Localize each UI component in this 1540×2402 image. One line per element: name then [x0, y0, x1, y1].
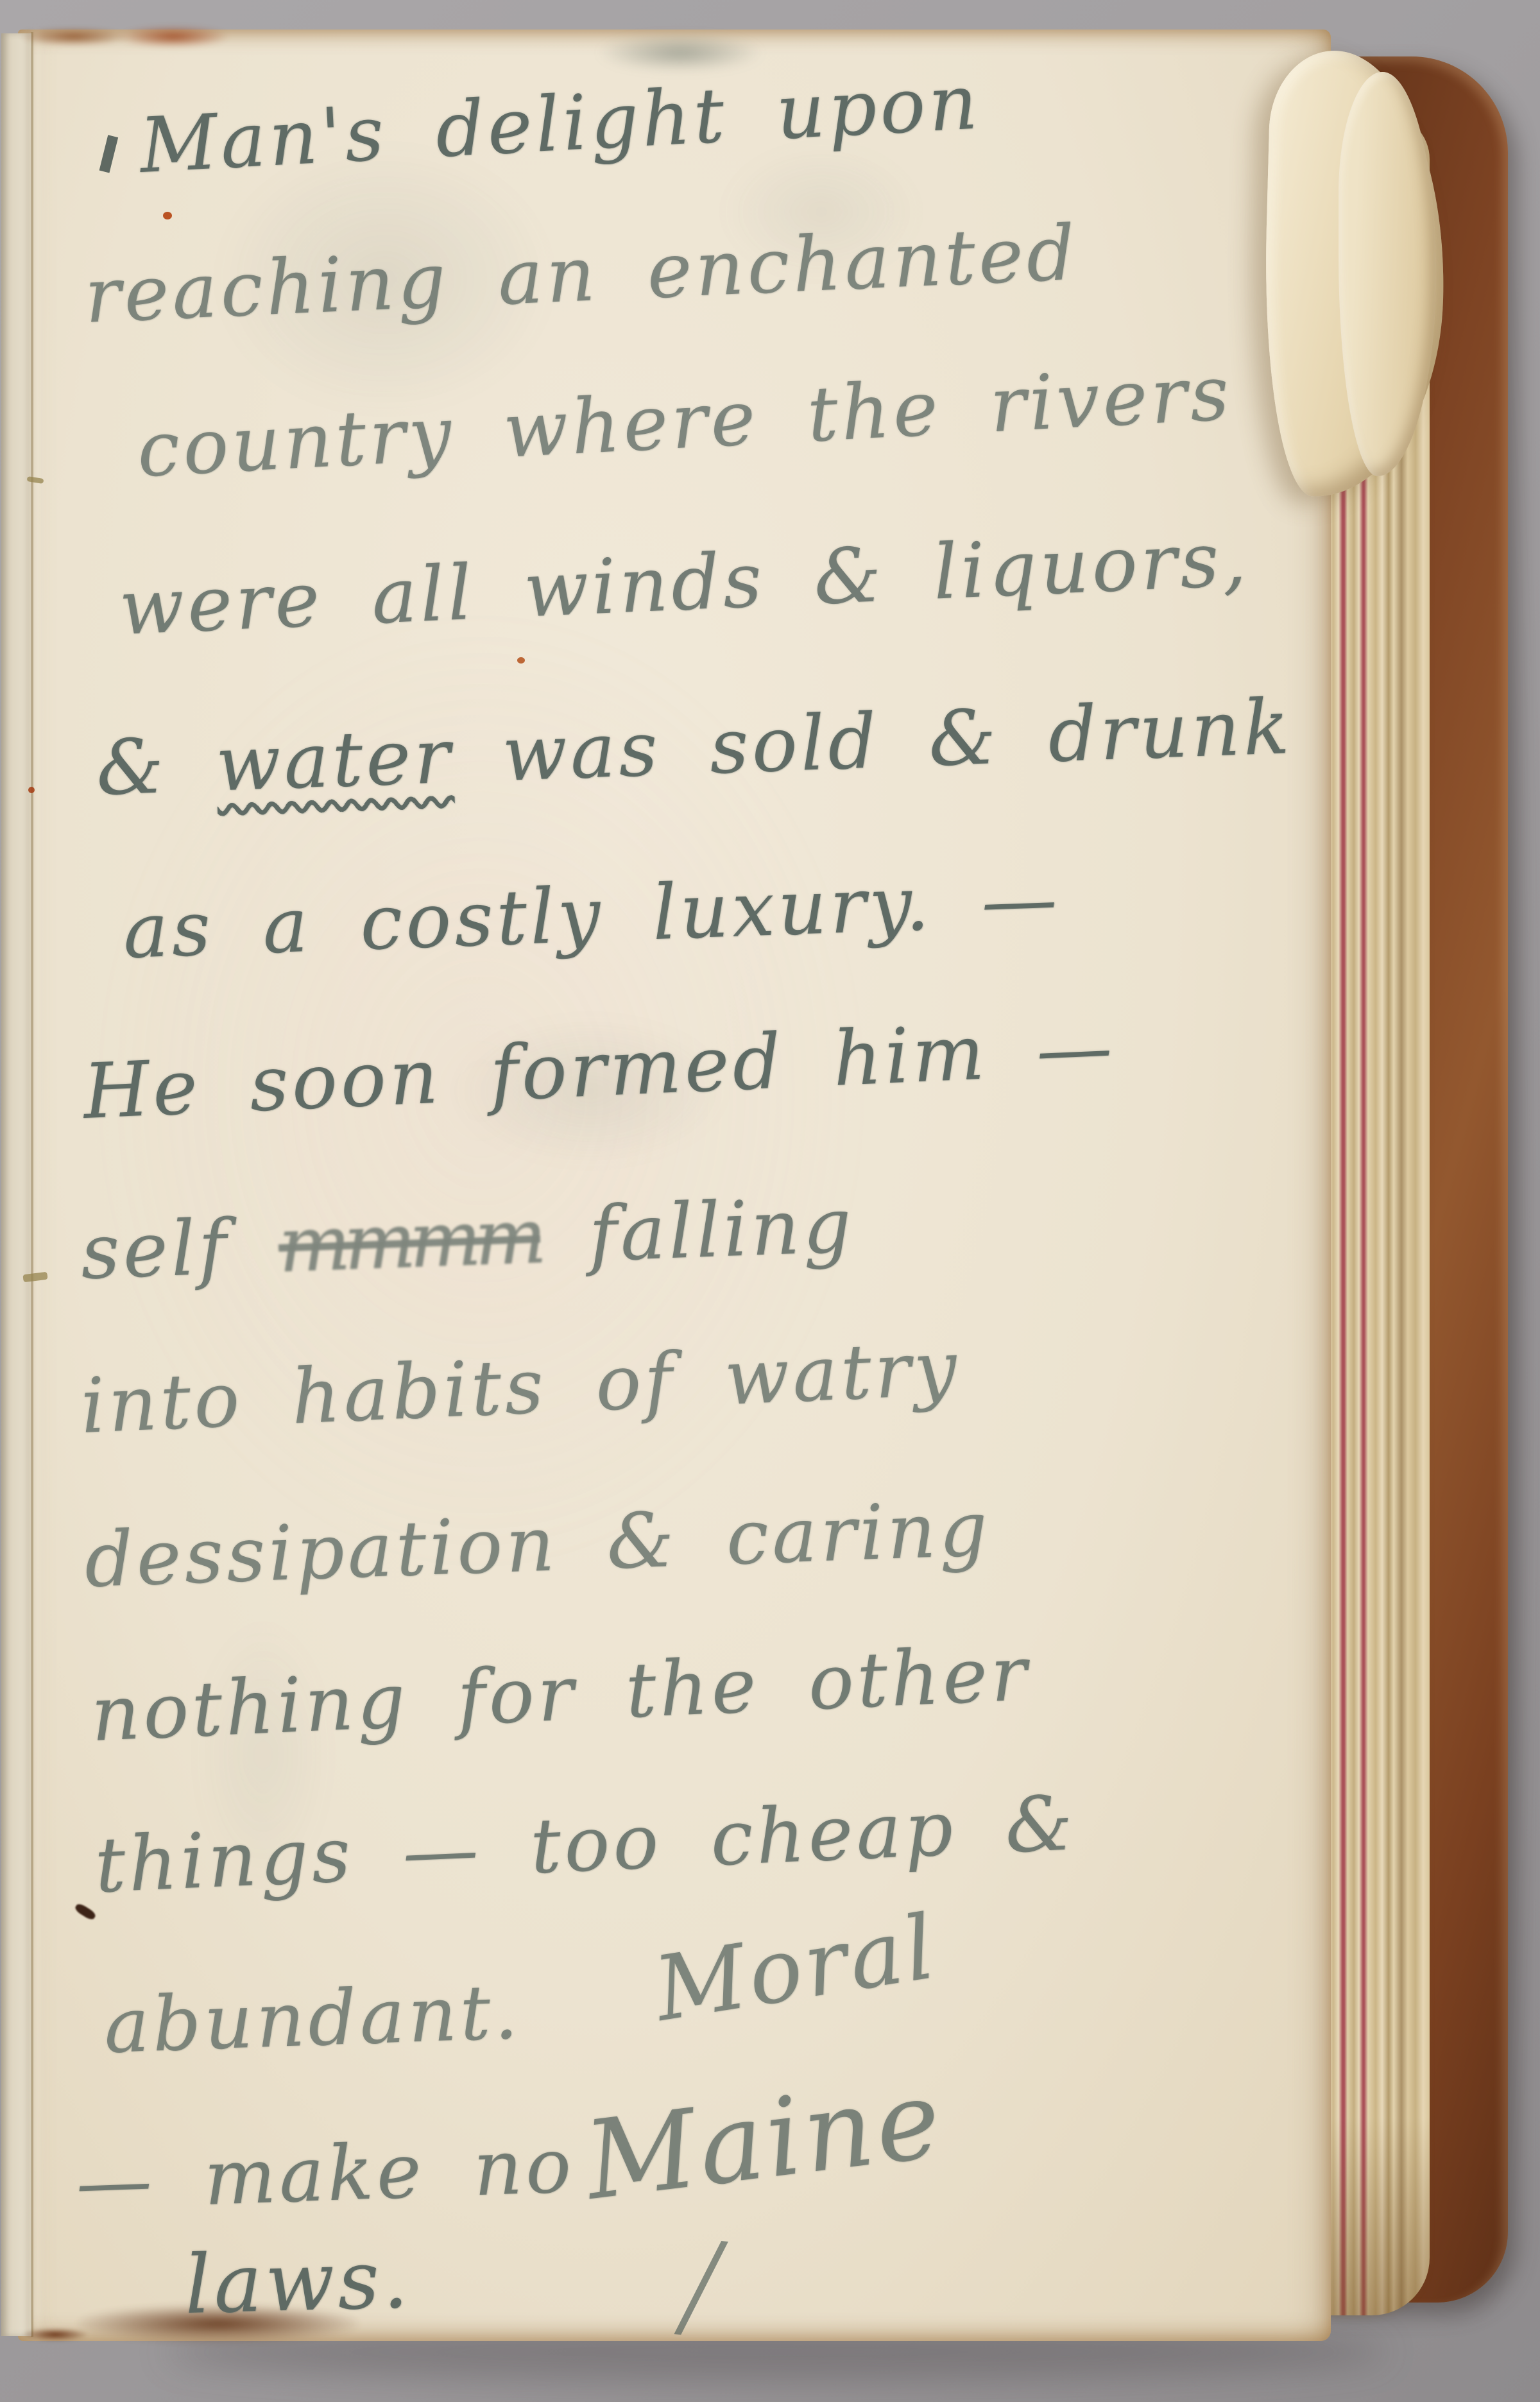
red-fleck	[163, 212, 172, 219]
top-edge-stain	[19, 27, 128, 46]
strikeout-scribble: mmmm	[277, 1198, 541, 1283]
facing-page-edge-strip	[1, 33, 32, 2336]
gutter-fold-line	[31, 32, 33, 2337]
handwriting-line-15: laws.	[184, 2239, 412, 2326]
handwriting-text: &	[95, 720, 218, 812]
photo-backdrop: ' Man's delight upon reaching an enchant…	[0, 0, 1540, 2402]
red-fleck	[28, 787, 35, 793]
underlined-word-water: water	[214, 712, 455, 809]
handwriting-text: abundant.	[103, 1967, 522, 2070]
handwriting-text: falling	[538, 1181, 856, 1280]
handwriting-text: self	[80, 1201, 280, 1296]
bottom-edge-stain	[23, 2328, 87, 2341]
red-fleck	[517, 657, 525, 664]
top-edge-stain	[116, 26, 231, 47]
top-edge-smudge	[597, 33, 764, 72]
